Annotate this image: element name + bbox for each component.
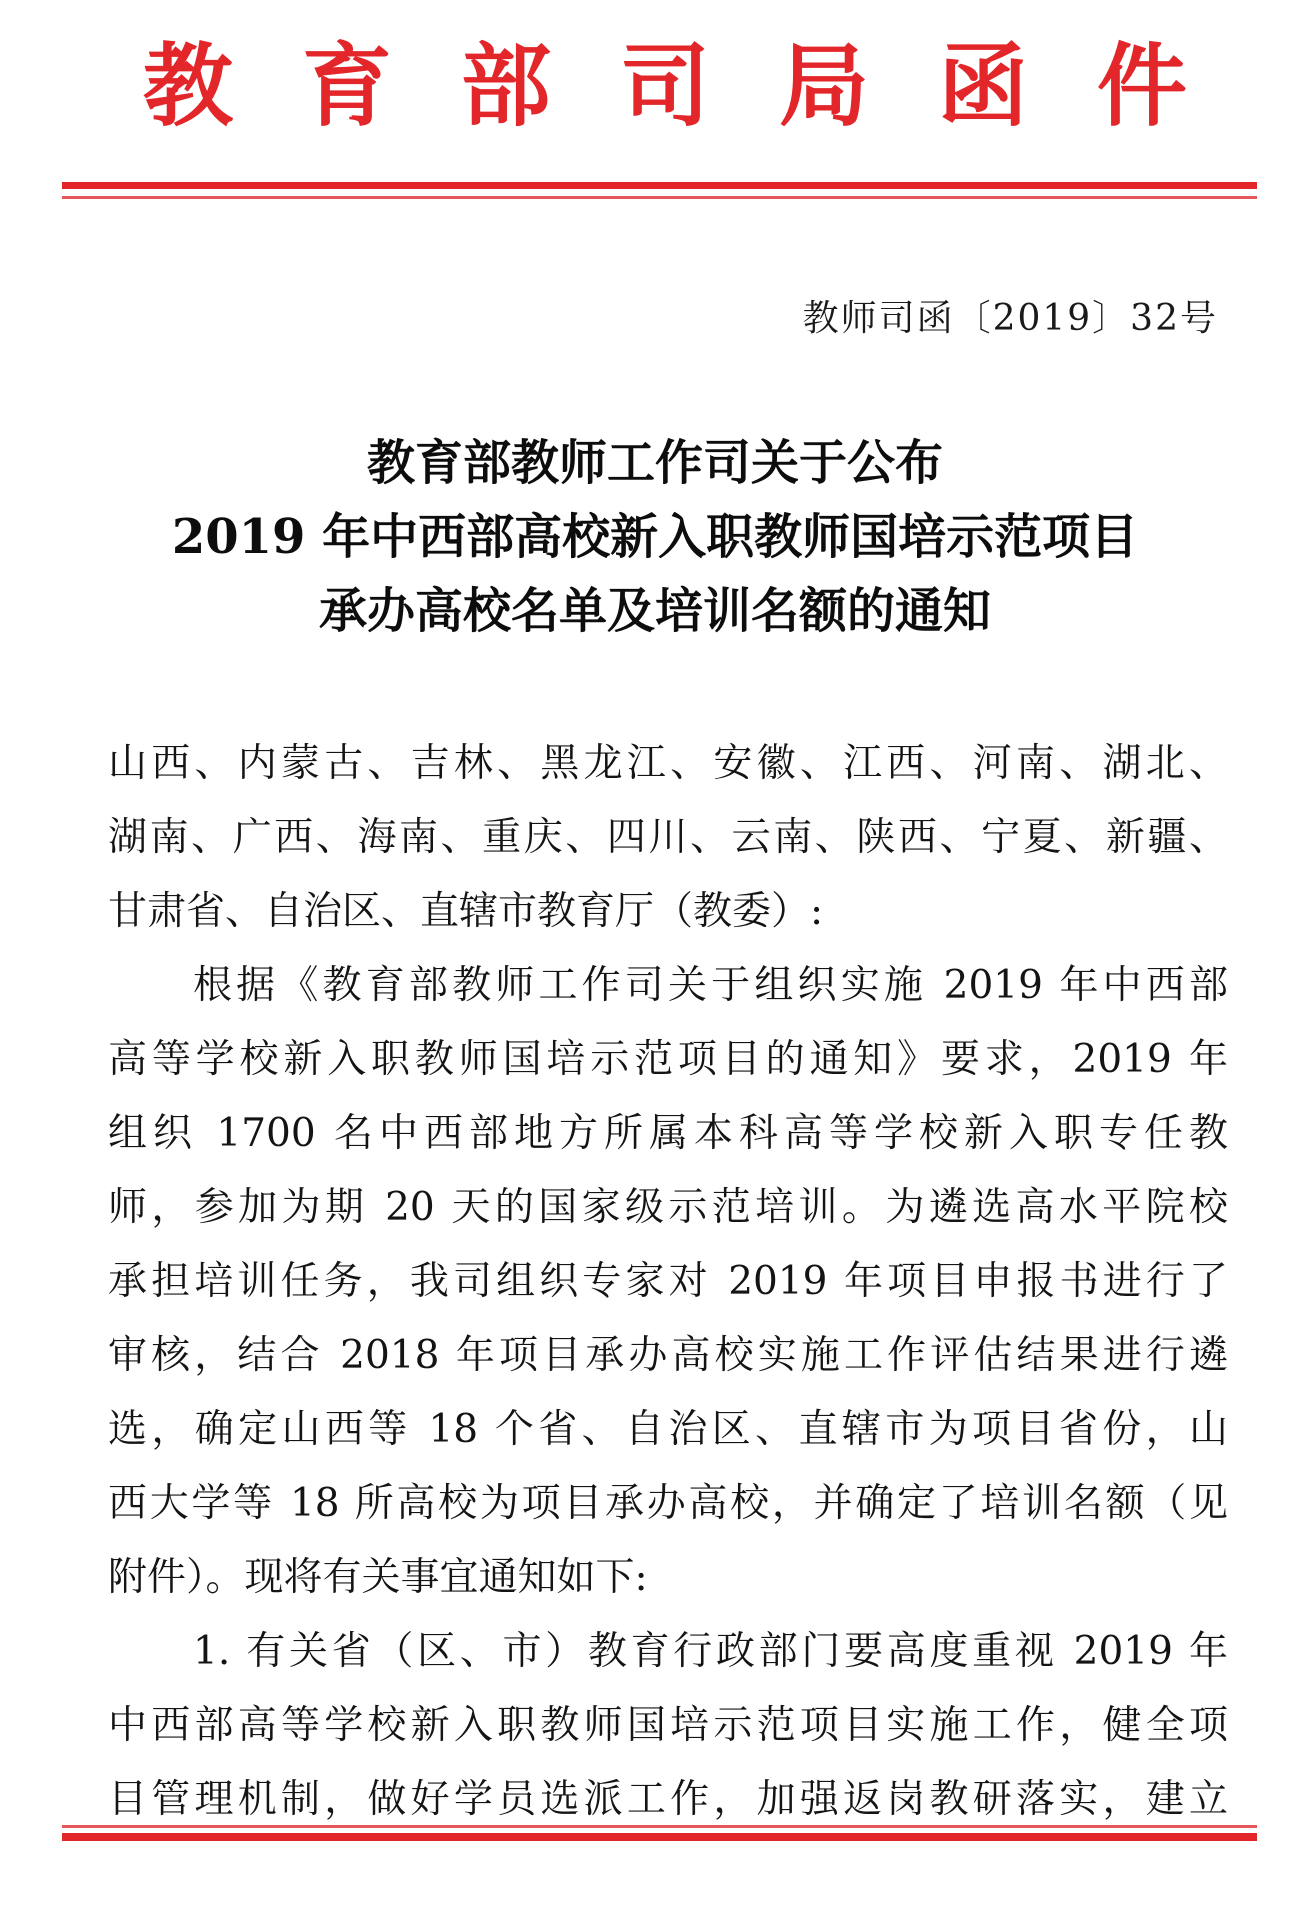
addressee-line: 甘肃省、自治区、直辖市教育厅（教委）: <box>108 875 1228 949</box>
paragraph-line: 附件）。现将有关事宜通知如下: <box>108 1541 1228 1615</box>
header-rule-thin <box>62 196 1257 199</box>
paragraph-line: 高等学校新入职教师国培示范项目的通知》要求，2019 年 <box>108 1023 1228 1097</box>
paragraph-line: 师，参加为期 20 天的国家级示范培训。为遴选高水平院校 <box>108 1171 1228 1245</box>
list-item-line: 中西部高等学校新入职教师国培示范项目实施工作，健全项 <box>108 1689 1228 1763</box>
paragraph-line: 组织 1700 名中西部地方所属本科高等学校新入职专任教 <box>108 1097 1228 1171</box>
addressee-line: 湖南、广西、海南、重庆、四川、云南、陕西、宁夏、新疆、 <box>108 801 1228 875</box>
masthead-title: 教 育 部 司 局 函 件 <box>140 36 1190 136</box>
title-line: 2019 年中西部高校新入职教师国培示范项目 <box>100 500 1210 574</box>
masthead-char: 局 <box>776 36 872 136</box>
document-number: 教师司函〔2019〕32号 <box>803 294 1218 344</box>
paragraph-line: 西大学等 18 所高校为项目承办高校，并确定了培训名额（见 <box>108 1467 1228 1541</box>
masthead-char: 育 <box>299 36 395 136</box>
list-item-line: 1. 有关省（区、市）教育行政部门要高度重视 2019 年 <box>108 1615 1228 1689</box>
paragraph-line: 承担培训任务，我司组织专家对 2019 年项目申报书进行了 <box>108 1245 1228 1319</box>
masthead-char: 教 <box>140 36 236 136</box>
masthead-char: 函 <box>935 36 1031 136</box>
addressee-line: 山西、内蒙古、吉林、黑龙江、安徽、江西、河南、湖北、 <box>108 727 1228 801</box>
footer-rule-thick <box>62 1833 1257 1841</box>
title-line: 教育部教师工作司关于公布 <box>100 426 1210 500</box>
footer-rule-thin <box>62 1825 1257 1828</box>
document-body: 山西、内蒙古、吉林、黑龙江、安徽、江西、河南、湖北、 湖南、广西、海南、重庆、四… <box>108 727 1228 1837</box>
header-rule-thick <box>62 182 1257 189</box>
paragraph-line: 选，确定山西等 18 个省、自治区、直辖市为项目省份，山 <box>108 1393 1228 1467</box>
masthead-char: 件 <box>1094 36 1190 136</box>
paragraph-line: 审核，结合 2018 年项目承办高校实施工作评估结果进行遴 <box>108 1319 1228 1393</box>
masthead-char: 部 <box>458 36 554 136</box>
paragraph-line: 根据《教育部教师工作司关于组织实施 2019 年中西部 <box>108 949 1228 1023</box>
masthead-char: 司 <box>617 36 713 136</box>
document-title: 教育部教师工作司关于公布 2019 年中西部高校新入职教师国培示范项目 承办高校… <box>100 426 1210 648</box>
title-line: 承办高校名单及培训名额的通知 <box>100 574 1210 648</box>
